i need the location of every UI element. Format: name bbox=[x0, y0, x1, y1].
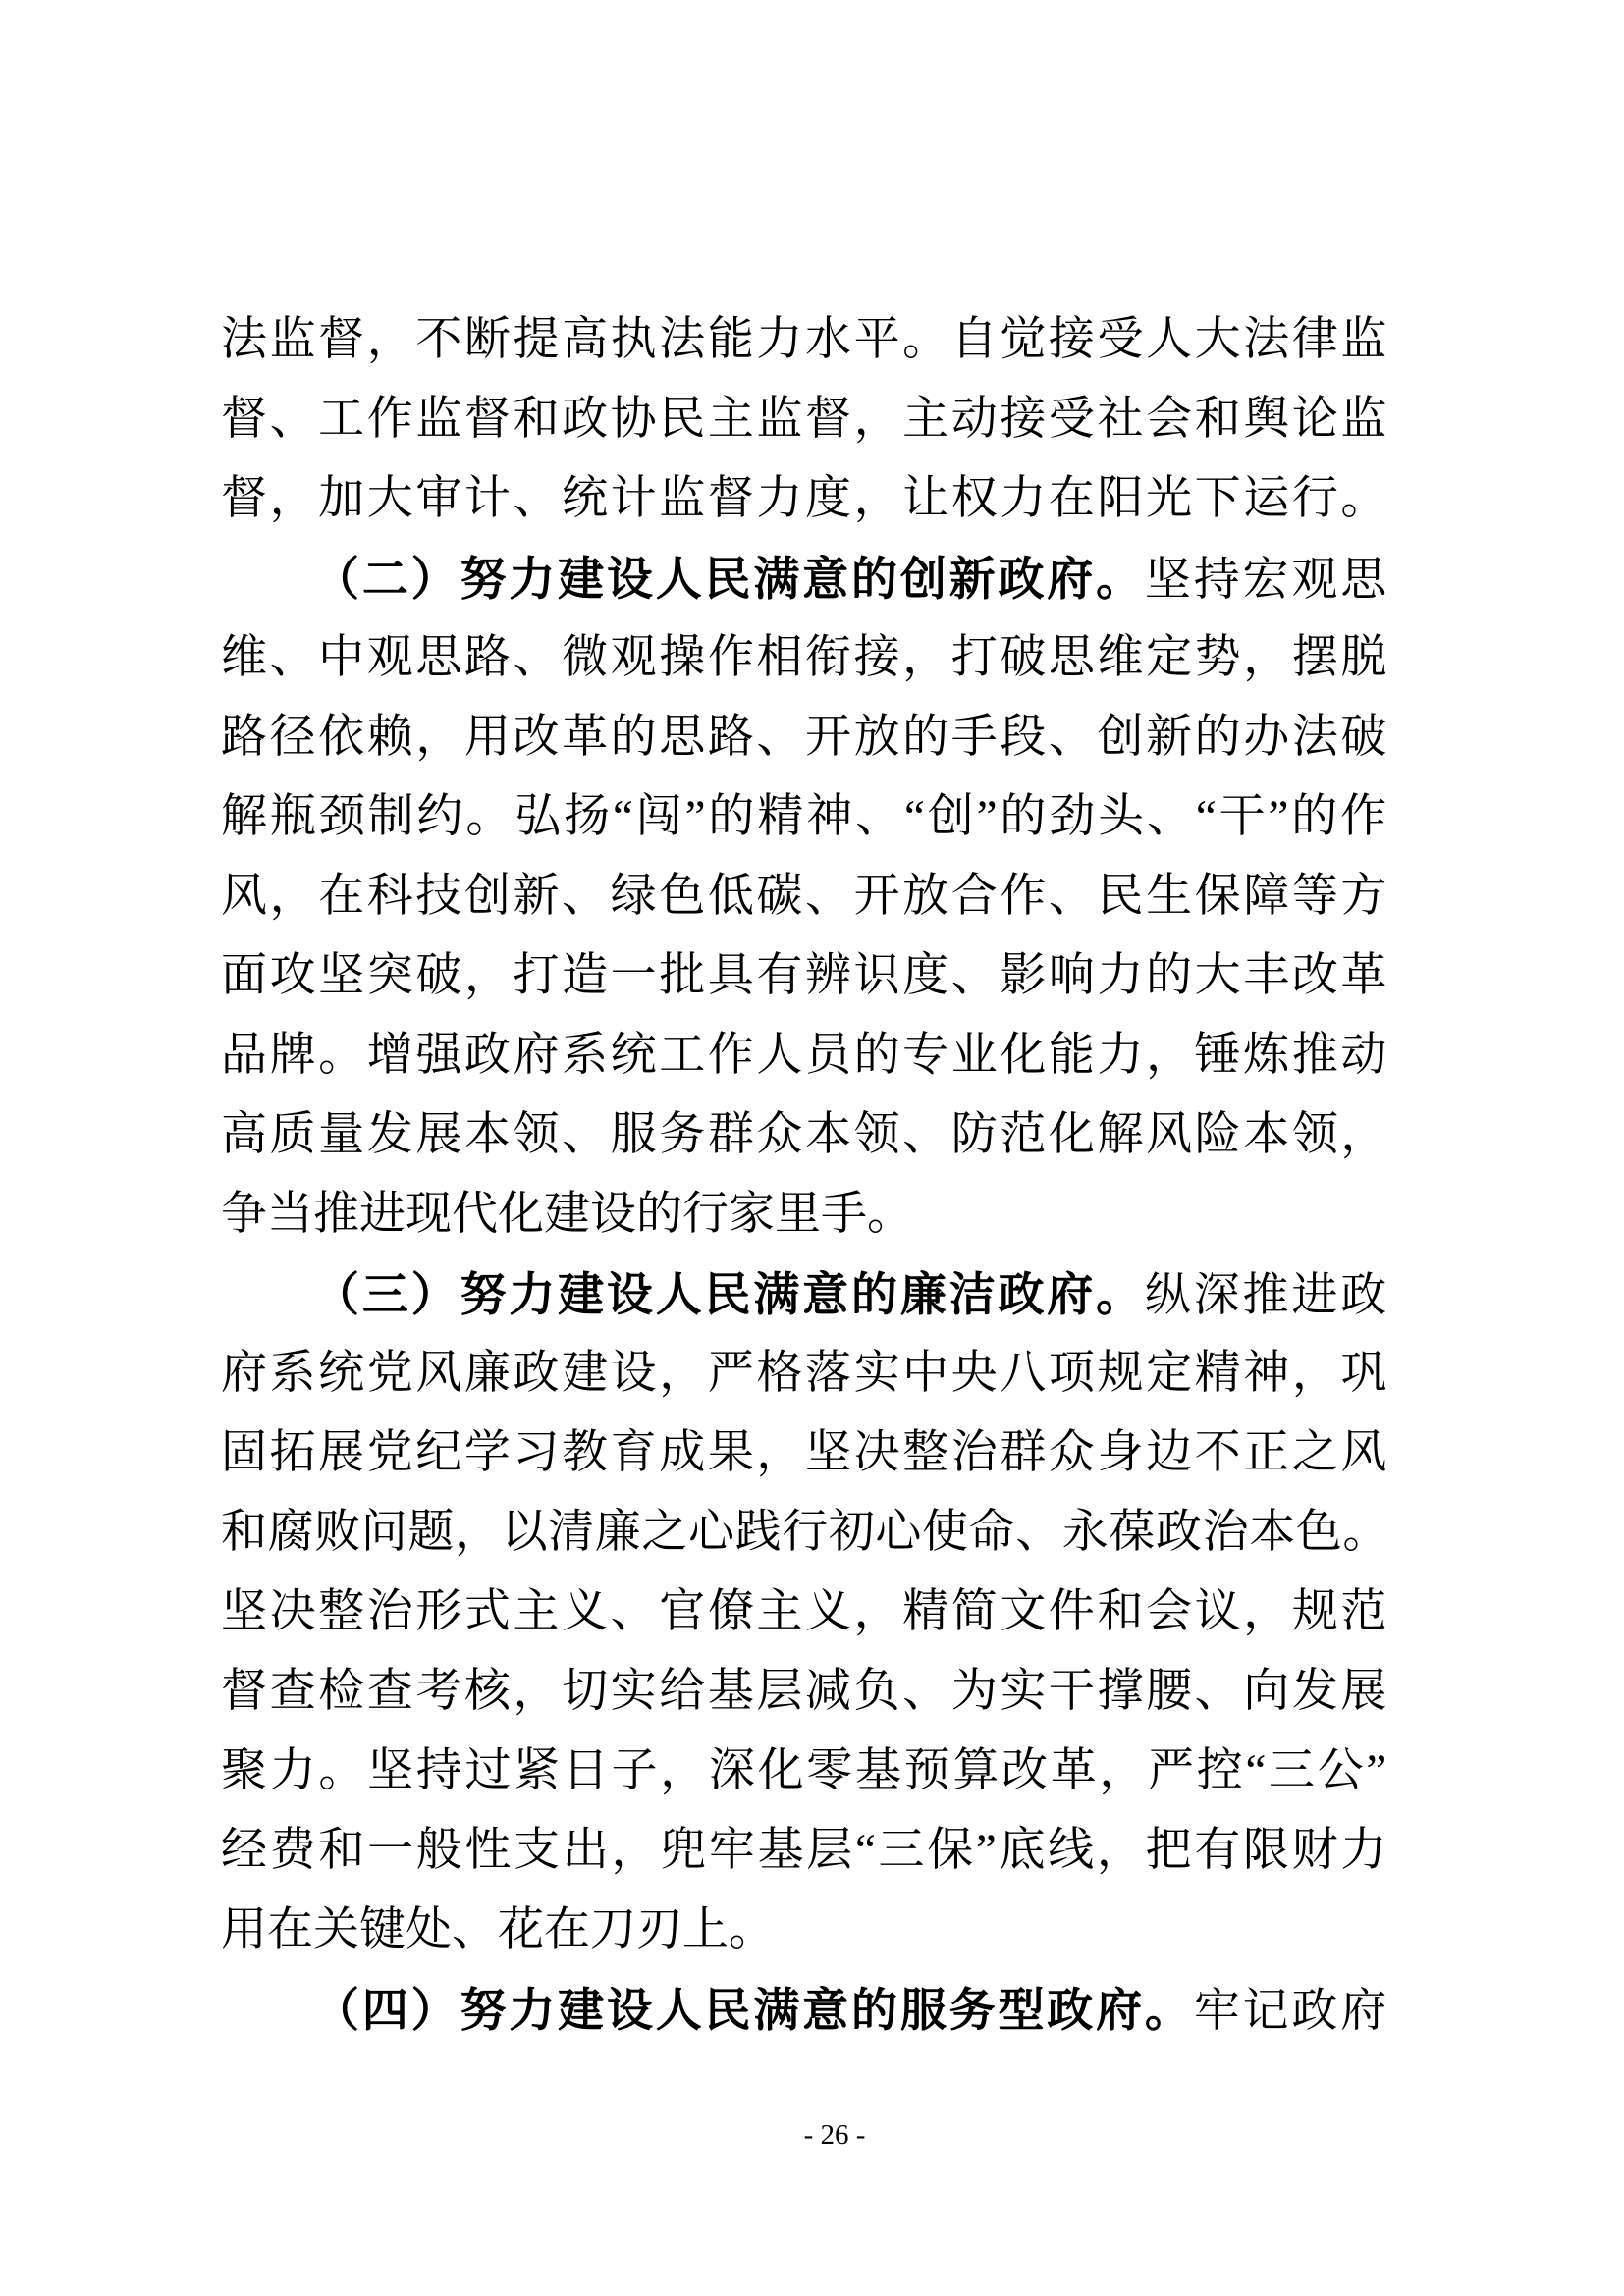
body-text: 督，加大审计、统计监督力度，让权力在阳光下运行。 bbox=[221, 473, 1389, 524]
body-text: 路径依赖，用改革的思路、开放的手段、创新的办法破 bbox=[221, 712, 1389, 763]
text-line: 坚决整治形式主义、官僚主义，精简文件和会议，规范 bbox=[221, 1573, 1389, 1652]
text-line-content: 府系统党风廉政建设，严格落实中央八项规定精神，巩 bbox=[221, 1334, 1389, 1414]
text-line: 和腐败问题，以清廉之心践行初心使命、永葆政治本色。 bbox=[221, 1493, 1389, 1573]
text-line: （三）努力建设人民满意的廉洁政府。纵深推进政 bbox=[221, 1255, 1389, 1334]
body-text: 纵深推进政 bbox=[1145, 1270, 1389, 1321]
text-line-content: 坚决整治形式主义、官僚主义，精简文件和会议，规范 bbox=[221, 1573, 1389, 1652]
text-line: 聚力。坚持过紧日子，深化零基预算改革，严控“三公” bbox=[221, 1732, 1389, 1811]
body-text: 府系统党风廉政建设，严格落实中央八项规定精神，巩 bbox=[221, 1348, 1389, 1399]
text-line: 法监督，不断提高执法能力水平。自觉接受人大法律监 bbox=[221, 300, 1389, 380]
text-line: （四）努力建设人民满意的服务型政府。牢记政府 bbox=[221, 1970, 1389, 2050]
page-number: - 26 - bbox=[804, 2119, 866, 2151]
text-line: 经费和一般性支出，兜牢基层“三保”底线，把有限财力 bbox=[221, 1811, 1389, 1891]
text-line-content: 用在关键处、花在刀刃上。 bbox=[221, 1891, 775, 1970]
text-line-content: 高质量发展本领、服务群众本领、防范化解风险本领， bbox=[221, 1095, 1389, 1175]
text-line-content: 法监督，不断提高执法能力水平。自觉接受人大法律监 bbox=[221, 300, 1389, 380]
body-text: 品牌。增强政府系统工作人员的专业化能力，锤炼推动 bbox=[221, 1030, 1389, 1081]
body-text: 用在关键处、花在刀刃上。 bbox=[221, 1904, 775, 1955]
text-line: 高质量发展本领、服务群众本领、防范化解风险本领， bbox=[221, 1095, 1389, 1175]
text-line: 府系统党风廉政建设，严格落实中央八项规定精神，巩 bbox=[221, 1334, 1389, 1414]
body-text: 争当推进现代化建设的行家里手。 bbox=[221, 1189, 913, 1240]
text-line: 解瓶颈制约。弘扬“闯”的精神、“创”的劲头、“干”的作 bbox=[221, 777, 1389, 857]
text-line-content: （四）努力建设人民满意的服务型政府。牢记政府 bbox=[313, 1970, 1389, 2052]
paragraph: （四）努力建设人民满意的服务型政府。牢记政府 bbox=[221, 1970, 1389, 2050]
body-text: 高质量发展本领、服务群众本领、防范化解风险本领， bbox=[221, 1109, 1389, 1160]
text-line: 用在关键处、花在刀刃上。 bbox=[221, 1891, 1389, 1970]
text-line: 面攻坚突破，打造一批具有辨识度、影响力的大丰改革 bbox=[221, 936, 1389, 1016]
section-heading-text: （四）努力建设人民满意的服务型政府。 bbox=[313, 1984, 1194, 2036]
text-line: 路径依赖，用改革的思路、开放的手段、创新的办法破 bbox=[221, 698, 1389, 777]
text-line-content: 风，在科技创新、绿色低碳、开放合作、民生保障等方 bbox=[221, 857, 1389, 936]
body-text: 督、工作监督和政协民主监督，主动接受社会和舆论监 bbox=[221, 394, 1389, 445]
paragraph: 法监督，不断提高执法能力水平。自觉接受人大法律监督、工作监督和政协民主监督，主动… bbox=[221, 300, 1389, 539]
paragraph: （二）努力建设人民满意的创新政府。坚持宏观思维、中观思路、微观操作相衔接，打破思… bbox=[221, 539, 1389, 1255]
body-text: 牢记政府 bbox=[1194, 1986, 1389, 2037]
text-line: 固拓展党纪学习教育成果，坚决整治群众身边不正之风 bbox=[221, 1414, 1389, 1493]
body-text: 坚决整治形式主义、官僚主义，精简文件和会议，规范 bbox=[221, 1586, 1389, 1637]
body-text: 经费和一般性支出，兜牢基层“三保”底线，把有限财力 bbox=[221, 1825, 1389, 1876]
body-text: 坚持宏观思 bbox=[1145, 555, 1389, 606]
text-line: 风，在科技创新、绿色低碳、开放合作、民生保障等方 bbox=[221, 857, 1389, 936]
text-line-content: 督查检查考核，切实给基层减负、为实干撑腰、向发展 bbox=[221, 1652, 1389, 1732]
text-line-content: 督，加大审计、统计监督力度，让权力在阳光下运行。 bbox=[221, 459, 1389, 539]
text-line-content: （二）努力建设人民满意的创新政府。坚持宏观思 bbox=[313, 539, 1389, 620]
document-page: 法监督，不断提高执法能力水平。自觉接受人大法律监督、工作监督和政协民主监督，主动… bbox=[0, 0, 1624, 2296]
document-body: 法监督，不断提高执法能力水平。自觉接受人大法律监督、工作监督和政协民主监督，主动… bbox=[221, 300, 1389, 2050]
page-footer: - 26 - bbox=[221, 2115, 1389, 2155]
text-line: 督查检查考核，切实给基层减负、为实干撑腰、向发展 bbox=[221, 1652, 1389, 1732]
body-text: 固拓展党纪学习教育成果，坚决整治群众身边不正之风 bbox=[221, 1427, 1389, 1478]
text-line-content: 品牌。增强政府系统工作人员的专业化能力，锤炼推动 bbox=[221, 1016, 1389, 1095]
body-text: 面攻坚突破，打造一批具有辨识度、影响力的大丰改革 bbox=[221, 950, 1389, 1001]
section-heading-text: （三）努力建设人民满意的廉洁政府。 bbox=[313, 1268, 1145, 1320]
text-line: 争当推进现代化建设的行家里手。 bbox=[221, 1175, 1389, 1255]
paragraph: （三）努力建设人民满意的廉洁政府。纵深推进政府系统党风廉政建设，严格落实中央八项… bbox=[221, 1255, 1389, 1970]
text-line-content: 维、中观思路、微观操作相衔接，打破思维定势，摆脱 bbox=[221, 618, 1389, 698]
body-text: 法监督，不断提高执法能力水平。自觉接受人大法律监 bbox=[221, 314, 1389, 365]
body-text: 和腐败问题，以清廉之心践行初心使命、永葆政治本色。 bbox=[221, 1507, 1389, 1558]
body-text: 督查检查考核，切实给基层减负、为实干撑腰、向发展 bbox=[221, 1666, 1389, 1717]
text-line: 督、工作监督和政协民主监督，主动接受社会和舆论监 bbox=[221, 380, 1389, 459]
body-text: 解瓶颈制约。弘扬“闯”的精神、“创”的劲头、“干”的作 bbox=[221, 791, 1389, 842]
text-line-content: 争当推进现代化建设的行家里手。 bbox=[221, 1175, 913, 1255]
body-text: 风，在科技创新、绿色低碳、开放合作、民生保障等方 bbox=[221, 871, 1389, 922]
text-line-content: 和腐败问题，以清廉之心践行初心使命、永葆政治本色。 bbox=[221, 1493, 1389, 1573]
text-line: 督，加大审计、统计监督力度，让权力在阳光下运行。 bbox=[221, 459, 1389, 539]
text-line: 维、中观思路、微观操作相衔接，打破思维定势，摆脱 bbox=[221, 618, 1389, 698]
text-line-content: 督、工作监督和政协民主监督，主动接受社会和舆论监 bbox=[221, 380, 1389, 459]
text-line-content: 聚力。坚持过紧日子，深化零基预算改革，严控“三公” bbox=[221, 1732, 1389, 1811]
text-line-content: （三）努力建设人民满意的廉洁政府。纵深推进政 bbox=[313, 1255, 1389, 1336]
text-line-content: 路径依赖，用改革的思路、开放的手段、创新的办法破 bbox=[221, 698, 1389, 777]
text-line: （二）努力建设人民满意的创新政府。坚持宏观思 bbox=[221, 539, 1389, 618]
text-line: 品牌。增强政府系统工作人员的专业化能力，锤炼推动 bbox=[221, 1016, 1389, 1095]
section-heading-text: （二）努力建设人民满意的创新政府。 bbox=[313, 553, 1145, 605]
text-line-content: 面攻坚突破，打造一批具有辨识度、影响力的大丰改革 bbox=[221, 936, 1389, 1016]
body-text: 维、中观思路、微观操作相衔接，打破思维定势，摆脱 bbox=[221, 632, 1389, 683]
text-line-content: 固拓展党纪学习教育成果，坚决整治群众身边不正之风 bbox=[221, 1414, 1389, 1493]
text-line-content: 解瓶颈制约。弘扬“闯”的精神、“创”的劲头、“干”的作 bbox=[221, 777, 1389, 857]
body-text: 聚力。坚持过紧日子，深化零基预算改革，严控“三公” bbox=[221, 1745, 1389, 1796]
text-line-content: 经费和一般性支出，兜牢基层“三保”底线，把有限财力 bbox=[221, 1811, 1389, 1891]
